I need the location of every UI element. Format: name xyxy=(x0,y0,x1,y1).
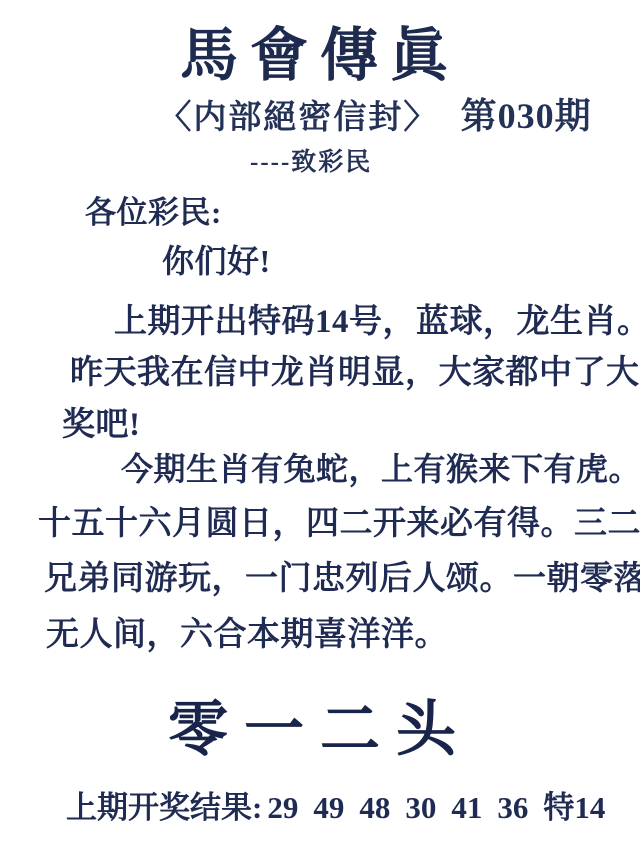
subtitle-line: 〈内部絕密信封〉 第030期 xyxy=(158,88,591,139)
result-number: 41 xyxy=(451,790,482,825)
special-number: 特14 xyxy=(543,790,605,825)
page-title: 馬會傳眞 xyxy=(180,8,460,92)
fax-letter-page: 馬會傳眞 〈内部絕密信封〉 第030期 ----致彩民 各位彩民: 你们好! 上… xyxy=(0,0,640,848)
result-number: 48 xyxy=(359,790,390,825)
tip-headline: 零一二头 xyxy=(168,682,472,768)
greeting-line: 你们好! xyxy=(162,236,271,282)
subtitle-bracket-text: 〈内部絕密信封〉 xyxy=(158,100,438,136)
result-number: 29 xyxy=(267,790,298,825)
letter-line-1: 上期开出特码14号，蓝球，龙生肖。 xyxy=(114,295,640,342)
results-label: 上期开奖结果: xyxy=(66,790,262,825)
result-number: 49 xyxy=(313,790,344,825)
letter-line-2: 昨天我在信中龙肖明显，大家都中了大 xyxy=(70,346,640,393)
letter-line-3: 奖吧! xyxy=(62,398,141,445)
letter-line-6: 兄弟同游玩，一门忠列后人颂。一朝零落 xyxy=(44,552,640,599)
results-numbers: 294948304136特14 xyxy=(262,790,605,825)
letter-line-4: 今期生肖有兔蛇，上有猴来下有虎。 xyxy=(121,444,640,490)
issue-number: 第030期 xyxy=(461,96,592,136)
result-number: 36 xyxy=(497,790,528,825)
letter-line-7: 无人间，六合本期喜洋洋。 xyxy=(46,608,448,655)
results-line: 上期开奖结果:294948304136特14 xyxy=(66,782,605,827)
letter-line-5: 十五十六月圆日，四二开来必有得。三二 xyxy=(38,497,640,544)
dedication-line: ----致彩民 xyxy=(250,142,372,178)
result-number: 30 xyxy=(405,790,436,825)
salutation-line: 各位彩民: xyxy=(85,187,222,232)
